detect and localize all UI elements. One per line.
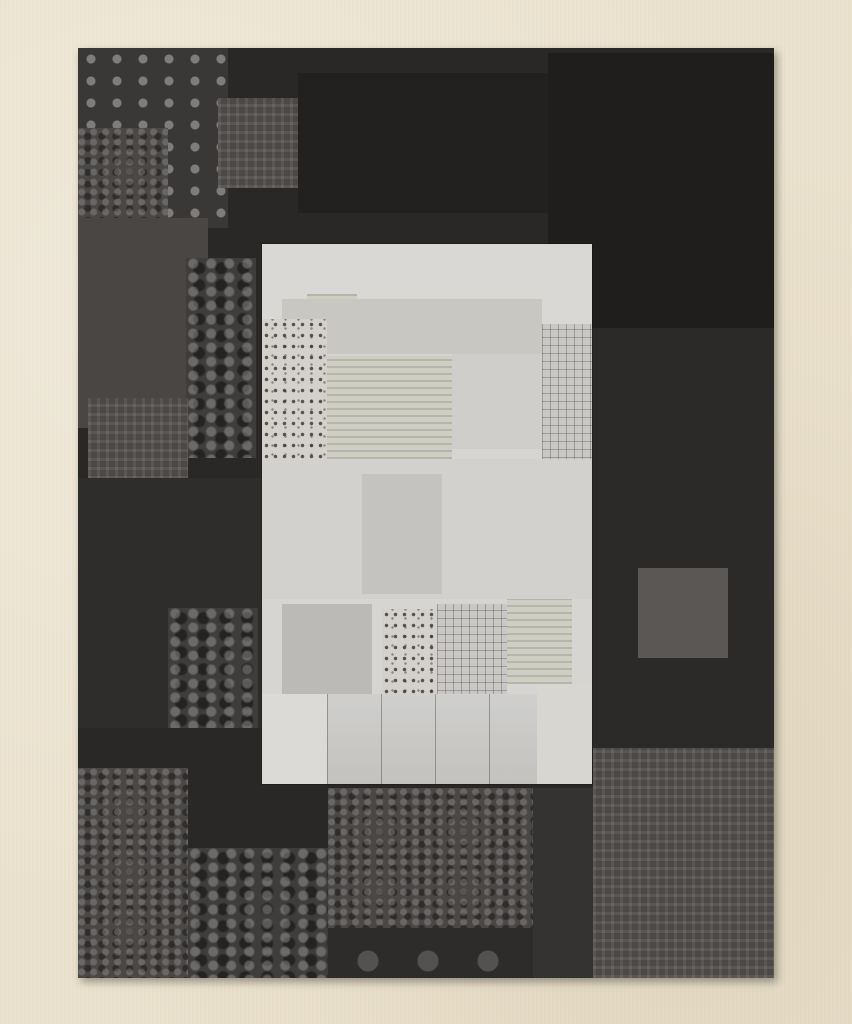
center-patch-wood-planks bbox=[327, 694, 537, 784]
center-patch-middle-shard bbox=[362, 474, 442, 594]
border-patch-bottom-center-bokeh bbox=[328, 928, 538, 978]
border-patch-left-knit bbox=[88, 398, 188, 488]
center-patch-lower-lines bbox=[507, 599, 572, 684]
border-patch-left-rock bbox=[168, 608, 258, 728]
border-patch-bottom-left-foliage bbox=[78, 768, 188, 978]
border-patch-right-middle-dark bbox=[592, 328, 774, 748]
center-patch-circle-print bbox=[282, 604, 372, 694]
border-patch-bottom-right-shards bbox=[593, 748, 774, 978]
pale-center-panel bbox=[262, 244, 592, 784]
center-patch-lower-grid bbox=[437, 604, 507, 699]
collage-canvas bbox=[78, 48, 774, 978]
center-patch-lower-speckle bbox=[382, 609, 437, 694]
border-patch-left-speckle-block bbox=[186, 258, 256, 458]
center-patch-bottom-left-corner bbox=[262, 694, 327, 784]
border-patch-right-wood bbox=[638, 568, 728, 658]
border-patch-top-hat-shape bbox=[298, 73, 558, 213]
center-patch-left-speckle bbox=[262, 319, 327, 459]
border-patch-bottom-right-tree bbox=[533, 788, 593, 978]
border-patch-bottom-center-bark bbox=[328, 788, 538, 938]
center-patch-ruled-paper bbox=[327, 356, 452, 466]
border-patch-top-plaid bbox=[218, 98, 308, 188]
center-patch-right-hatched bbox=[542, 324, 592, 474]
center-patch-bottom-right-corner bbox=[537, 684, 592, 784]
border-patch-bottom-left-stone bbox=[188, 848, 338, 978]
center-patch-sketch-sheet bbox=[452, 354, 542, 449]
